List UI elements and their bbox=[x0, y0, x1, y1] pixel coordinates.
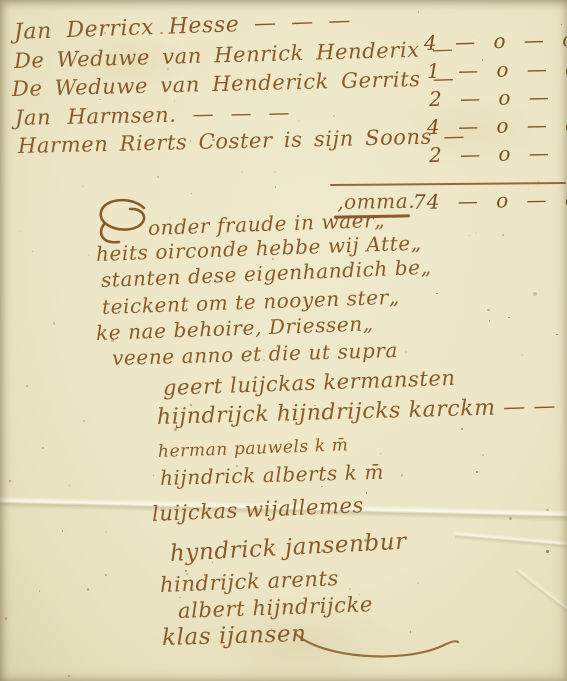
summa-top-rule bbox=[330, 182, 566, 186]
signature-line: geert luijckas kermansten bbox=[163, 366, 456, 400]
signature-tail-flourish bbox=[292, 630, 462, 664]
fold-crease-right bbox=[455, 530, 567, 552]
signature-line: luijckas wijallemes bbox=[151, 493, 364, 526]
signature-line: albert hijndrijcke bbox=[178, 592, 374, 623]
signature-line: hijndrijck hijndrijcks karckm — — bbox=[157, 394, 557, 430]
summa-value: 74 — o — o bbox=[413, 187, 567, 214]
ledger-name: Jan Harmsen. — — — bbox=[15, 100, 291, 130]
ledger-name: De Weduwe van Henderick Gerrits — bbox=[12, 66, 455, 101]
fold-crease-corner bbox=[514, 567, 567, 641]
signature-line: hijndrick alberts k m̄ bbox=[160, 460, 385, 490]
signature-line: klas ijansen bbox=[162, 621, 307, 651]
signature-line: hyndrick jansenbur bbox=[169, 529, 407, 567]
ledger-name: Harmen Rierts Coster is sijn Soons — bbox=[18, 124, 465, 158]
signature-line: herman pauwels k m̄ bbox=[158, 435, 349, 462]
ledger-name: Jan Derricx Hesse — — — bbox=[14, 8, 352, 45]
ledger-amount: 2 — o — o bbox=[429, 84, 567, 111]
manuscript-page: Jan Derricx Hesse — — — 4 — o — o De Wed… bbox=[0, 0, 567, 681]
ledger-amount: 2 — o — o bbox=[429, 140, 567, 167]
